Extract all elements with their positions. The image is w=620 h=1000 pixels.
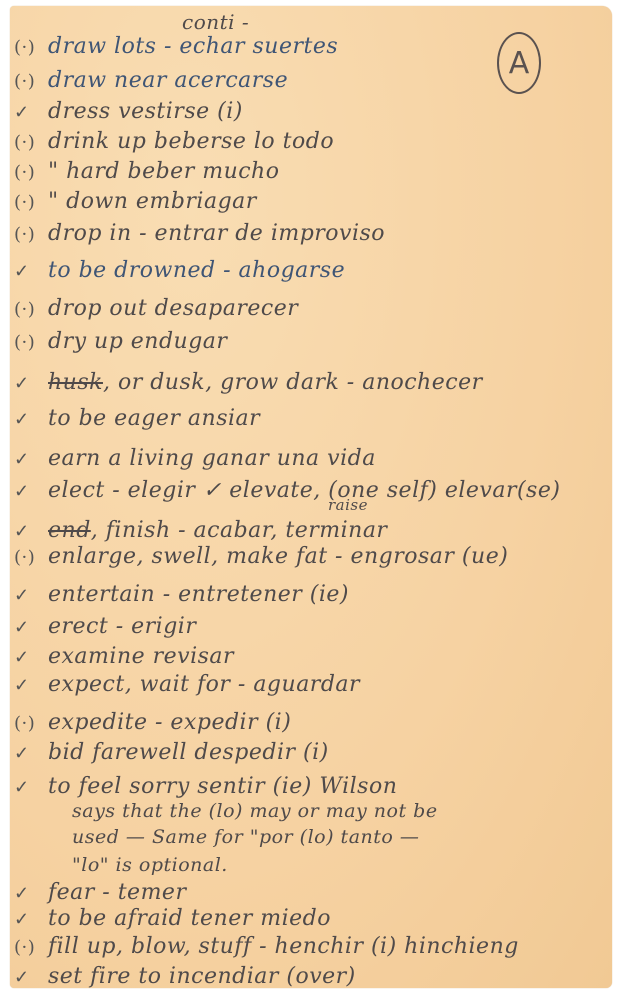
vocabulary-entry: ✓to be eager ansiar bbox=[14, 406, 260, 431]
entry-text: " hard beber mucho bbox=[48, 159, 279, 184]
checkmark-icon: ✓ bbox=[14, 617, 48, 638]
entry-text: erect - erigir bbox=[48, 614, 196, 639]
vocabulary-entry: ✓erect - erigir bbox=[14, 614, 196, 639]
dot-mark-icon: (·) bbox=[14, 224, 48, 245]
vocabulary-entry: ✓elect - elegir ✓ elevate, (one self) el… bbox=[14, 478, 560, 503]
vocabulary-entry: (·)expedite - expedir (i) bbox=[14, 710, 291, 735]
vocabulary-entry: ✓earn a living ganar una vida bbox=[14, 446, 376, 471]
entry-text: fill up, blow, stuff - henchir (i) hinch… bbox=[48, 934, 519, 959]
dot-mark-icon: (·) bbox=[14, 713, 48, 734]
entry-text: drop in - entrar de improviso bbox=[48, 221, 385, 246]
entry-text: entertain - entretener (ie) bbox=[48, 582, 349, 607]
entry-text: says that the (lo) may or may not be bbox=[72, 800, 438, 822]
entry-text: to feel sorry sentir (ie) Wilson bbox=[48, 774, 397, 799]
entry-text: elect - elegir ✓ elevate, (one self) ele… bbox=[48, 478, 560, 503]
entry-text: bid farewell despedir (i) bbox=[48, 740, 329, 765]
checkmark-icon: ✓ bbox=[14, 449, 48, 470]
vocabulary-entry: ✓husk, or dusk, grow dark - anochecer bbox=[14, 370, 483, 395]
checkmark-icon: ✓ bbox=[14, 675, 48, 696]
vocabulary-entry: ✓entertain - entretener (ie) bbox=[14, 582, 349, 607]
vocabulary-entry: ✓expect, wait for - aguardar bbox=[14, 672, 360, 697]
index-card: conti - A raise (·)draw lots - echar sue… bbox=[10, 6, 612, 988]
entry-text: dress vestirse (i) bbox=[48, 99, 243, 124]
entry-text: dry up endugar bbox=[48, 329, 227, 354]
vocabulary-entry: ✓examine revisar bbox=[14, 644, 234, 669]
checkmark-icon: ✓ bbox=[14, 481, 48, 502]
entry-text: draw near acercarse bbox=[48, 68, 288, 93]
continued-label: conti - bbox=[182, 10, 249, 34]
checkmark-icon: ✓ bbox=[14, 373, 48, 394]
vocabulary-entry: (·)drink up beberse lo todo bbox=[14, 129, 334, 154]
vocabulary-entry: (·)draw near acercarse bbox=[14, 68, 288, 93]
entry-text: to be eager ansiar bbox=[48, 406, 260, 431]
checkmark-icon: ✓ bbox=[14, 967, 48, 988]
checkmark-icon: ✓ bbox=[14, 409, 48, 430]
vocabulary-entry: ✓fear - temer bbox=[14, 880, 186, 905]
checkmark-icon: ✓ bbox=[14, 521, 48, 542]
entry-text: earn a living ganar una vida bbox=[48, 446, 376, 471]
entry-text: set fire to incendiar (over) bbox=[48, 964, 356, 989]
vocabulary-entry: ✓to be afraid tener miedo bbox=[14, 906, 331, 931]
entry-text: enlarge, swell, make fat - engrosar (ue) bbox=[48, 544, 508, 569]
checkmark-icon: ✓ bbox=[14, 585, 48, 606]
checkmark-icon: ✓ bbox=[14, 743, 48, 764]
entry-text: to be drowned - ahogarse bbox=[48, 258, 345, 283]
vocabulary-entry: (·)fill up, blow, stuff - henchir (i) hi… bbox=[14, 934, 519, 959]
entry-text: draw lots - echar suertes bbox=[48, 34, 338, 59]
entry-text: " down embriagar bbox=[48, 189, 257, 214]
dot-mark-icon: (·) bbox=[14, 299, 48, 320]
dot-mark-icon: (·) bbox=[14, 192, 48, 213]
entry-text: , or dusk, grow dark - anochecer bbox=[103, 370, 483, 395]
vocabulary-entry: ✓bid farewell despedir (i) bbox=[14, 740, 329, 765]
vocabulary-entry: (·)drop out desaparecer bbox=[14, 296, 298, 321]
vocabulary-entry: (·)" hard beber mucho bbox=[14, 159, 279, 184]
dot-mark-icon: (·) bbox=[14, 132, 48, 153]
dot-mark-icon: (·) bbox=[14, 37, 48, 58]
entry-text: fear - temer bbox=[48, 880, 186, 905]
checkmark-icon: ✓ bbox=[14, 102, 48, 123]
vocabulary-entry: ✓to be drowned - ahogarse bbox=[14, 258, 345, 283]
vocabulary-entry: used — Same for "por (lo) tanto — bbox=[72, 826, 419, 848]
vocabulary-entry: says that the (lo) may or may not be bbox=[72, 800, 438, 822]
dot-mark-icon: (·) bbox=[14, 332, 48, 353]
entry-text: examine revisar bbox=[48, 644, 234, 669]
vocabulary-entry: (·)enlarge, swell, make fat - engrosar (… bbox=[14, 544, 508, 569]
vocabulary-entry: (·)draw lots - echar suertes bbox=[14, 34, 338, 59]
vocabulary-entry: (·)" down embriagar bbox=[14, 189, 257, 214]
checkmark-icon: ✓ bbox=[14, 883, 48, 904]
circled-letter-mark: A bbox=[497, 32, 541, 94]
entry-text: expedite - expedir (i) bbox=[48, 710, 291, 735]
struck-word: end bbox=[48, 518, 91, 543]
entry-text: used — Same for "por (lo) tanto — bbox=[72, 826, 419, 848]
entry-text: expect, wait for - aguardar bbox=[48, 672, 360, 697]
vocabulary-entry: ✓dress vestirse (i) bbox=[14, 99, 243, 124]
dot-mark-icon: (·) bbox=[14, 162, 48, 183]
vocabulary-entry: (·)dry up endugar bbox=[14, 329, 227, 354]
vocabulary-entry: (·)drop in - entrar de improviso bbox=[14, 221, 385, 246]
entry-text: to be afraid tener miedo bbox=[48, 906, 331, 931]
dot-mark-icon: (·) bbox=[14, 547, 48, 568]
vocabulary-entry: ✓to feel sorry sentir (ie) Wilson bbox=[14, 774, 397, 799]
dot-mark-icon: (·) bbox=[14, 71, 48, 92]
checkmark-icon: ✓ bbox=[14, 261, 48, 282]
checkmark-icon: ✓ bbox=[14, 909, 48, 930]
dot-mark-icon: (·) bbox=[14, 937, 48, 958]
struck-word: husk bbox=[48, 370, 103, 395]
entry-text: "lo" is optional. bbox=[72, 854, 228, 876]
vocabulary-entry: "lo" is optional. bbox=[72, 854, 228, 876]
checkmark-icon: ✓ bbox=[14, 777, 48, 798]
entry-text: , finish - acabar, terminar bbox=[91, 518, 388, 543]
checkmark-icon: ✓ bbox=[14, 647, 48, 668]
vocabulary-entry: ✓end, finish - acabar, terminar bbox=[14, 518, 387, 543]
entry-text: drop out desaparecer bbox=[48, 296, 298, 321]
vocabulary-entry: ✓set fire to incendiar (over) bbox=[14, 964, 356, 989]
entry-text: drink up beberse lo todo bbox=[48, 129, 334, 154]
